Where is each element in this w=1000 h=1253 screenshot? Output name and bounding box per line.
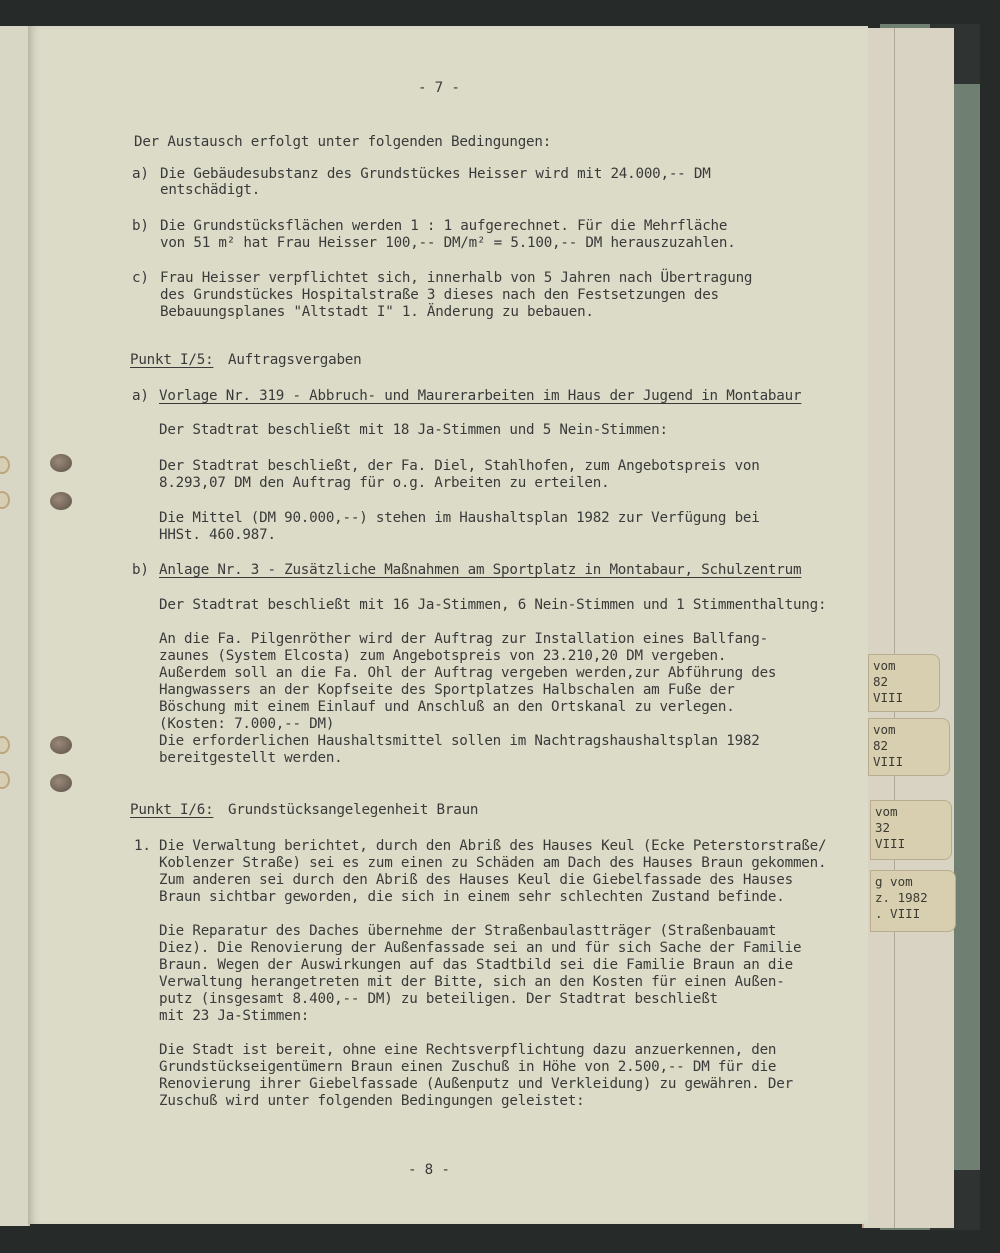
text-line: Die Mittel (DM 90.000,--) stehen im Haus… <box>159 510 760 527</box>
text-line: zaunes (System Elcosta) zum Angebotsprei… <box>159 648 726 665</box>
text-line: mit 23 Ja-Stimmen: <box>159 1008 309 1025</box>
text-line: Renovierung ihrer Giebelfassade (Außenpu… <box>159 1076 793 1093</box>
text-line: Die Reparatur des Daches übernehme der S… <box>159 923 776 940</box>
ring-hole-icon <box>0 771 10 789</box>
index-tab[interactable]: g vom z. 1982 . VIII <box>870 870 956 932</box>
ring-hole-icon <box>0 736 10 754</box>
vote-text: Der Stadtrat beschließt mit 18 Ja-Stimme… <box>159 422 668 439</box>
text-line: Hangwassers an der Kopfseite des Sportpl… <box>159 682 735 699</box>
punch-hole-icon <box>50 736 72 754</box>
vote-text: Der Stadtrat beschließt mit 16 Ja-Stimme… <box>159 597 826 614</box>
text-line: Die erforderlichen Haushaltsmittel solle… <box>159 733 760 750</box>
index-tab[interactable]: vom 32 VIII <box>870 800 952 860</box>
text-line: putz (insgesamt 8.400,-- DM) zu beteilig… <box>159 991 718 1008</box>
index-tab[interactable]: vom 82 VIII <box>868 654 940 712</box>
section-title: Auftragsvergaben <box>228 352 361 369</box>
section-label: Punkt I/6: <box>130 802 213 819</box>
list-label: c) <box>132 270 149 287</box>
text-line: Böschung mit einem Einlauf und Anschluß … <box>159 699 735 716</box>
intro-text: Der Austausch erfolgt unter folgenden Be… <box>134 134 551 151</box>
text-line: Die Verwaltung berichtet, durch den Abri… <box>159 838 826 855</box>
text-line: An die Fa. Pilgenröther wird der Auftrag… <box>159 631 768 648</box>
text-line: Die Gebäudesubstanz des Grundstückes Hei… <box>160 166 711 183</box>
punch-hole-icon <box>50 774 72 792</box>
page-number-bottom: - 8 - <box>408 1162 450 1179</box>
list-label: b) <box>132 562 149 579</box>
text-line: 8.293,07 DM den Auftrag für o.g. Arbeite… <box>159 475 609 492</box>
text-line: Die Stadt ist bereit, ohne eine Rechtsve… <box>159 1042 776 1059</box>
item-heading: Anlage Nr. 3 - Zusätzliche Maßnahmen am … <box>159 562 801 579</box>
list-label: a) <box>132 388 149 405</box>
section-title: Grundstücksangelegenheit Braun <box>228 802 478 819</box>
text-line: Frau Heisser verpflichtet sich, innerhal… <box>160 270 752 287</box>
left-page-edge <box>0 26 30 1226</box>
punch-hole-icon <box>50 454 72 472</box>
text-line: Verwaltung herangetreten mit der Bitte, … <box>159 974 785 991</box>
text-line: Bebauungsplanes "Altstadt I" 1. Änderung… <box>160 304 594 321</box>
text-line: Zum anderen sei durch den Abriß des Haus… <box>159 872 793 889</box>
text-line: Koblenzer Straße) sei es zum einen zu Sc… <box>159 855 826 872</box>
ring-hole-icon <box>0 456 10 474</box>
punch-hole-icon <box>50 492 72 510</box>
list-label: a) <box>132 166 149 183</box>
text-line: Braun sichtbar geworden, die sich in ein… <box>159 889 785 906</box>
text-line: bereitgestellt werden. <box>159 750 343 767</box>
text-line: Grundstückseigentümern Braun einen Zusch… <box>159 1059 776 1076</box>
index-tab[interactable]: vom 82 VIII <box>868 718 950 776</box>
item-heading: Vorlage Nr. 319 - Abbruch- und Maurerarb… <box>159 388 801 405</box>
text-line: des Grundstückes Hospitalstraße 3 dieses… <box>160 287 719 304</box>
text-line: HHSt. 460.987. <box>159 527 276 544</box>
page-number-top: - 7 - <box>418 80 460 97</box>
text-line: Der Stadtrat beschließt, der Fa. Diel, S… <box>159 458 760 475</box>
text-line: Die Grundstücksflächen werden 1 : 1 aufg… <box>160 218 727 235</box>
list-label: 1. <box>134 838 151 855</box>
ring-hole-icon <box>0 491 10 509</box>
section-label: Punkt I/5: <box>130 352 213 369</box>
text-line: Zuschuß wird unter folgenden Bedingungen… <box>159 1093 584 1110</box>
list-label: b) <box>132 218 149 235</box>
text-line: entschädigt. <box>160 182 260 199</box>
text-line: Diez). Die Renovierung der Außenfassade … <box>159 940 801 957</box>
text-line: Außerdem soll an die Fa. Ohl der Auftrag… <box>159 665 776 682</box>
text-line: von 51 m² hat Frau Heisser 100,-- DM/m² … <box>160 235 736 252</box>
text-line: Braun. Wegen der Auswirkungen auf das St… <box>159 957 793 974</box>
page-stack-edge <box>862 28 954 1228</box>
text-line: (Kosten: 7.000,-- DM) <box>159 716 334 733</box>
